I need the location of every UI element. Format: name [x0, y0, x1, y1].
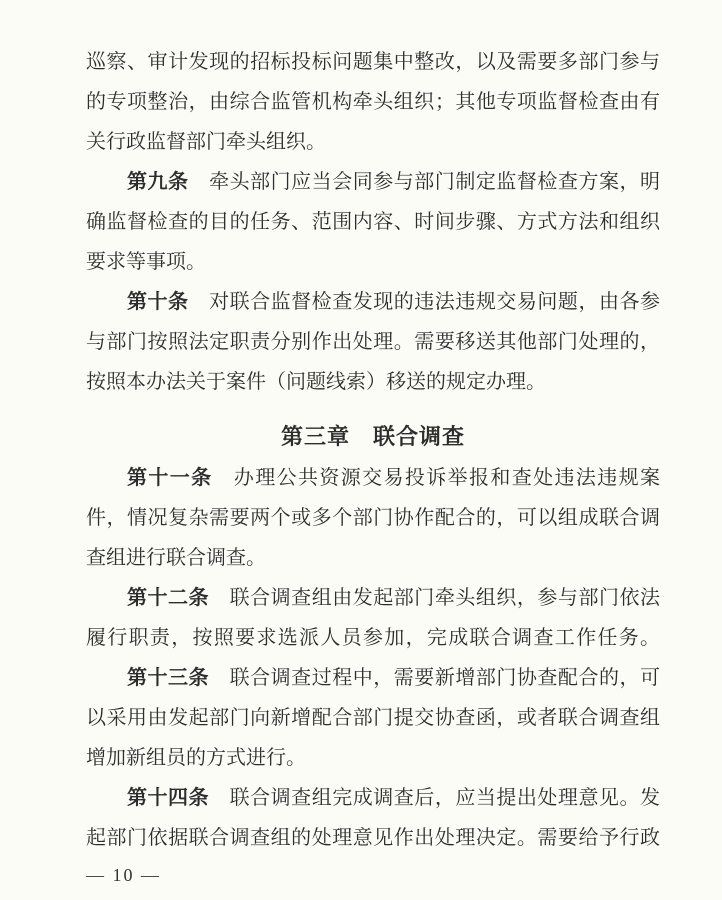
- text-line: 第十一条 办理公共资源交易投诉举报和查处违法违规案: [86, 458, 660, 498]
- article-number: 第十一条: [127, 467, 213, 489]
- document-body: 巡察、审计发现的招标投标问题集中整改，以及需要多部门参与的专项整治，由综合监管机…: [86, 42, 660, 858]
- line-text: 查组进行联合调查。: [86, 547, 266, 569]
- article-number: 第十三条: [127, 667, 209, 689]
- line-text: 增加新组员的方式进行。: [86, 747, 306, 769]
- line-text: 联合调查组完成调查后，应当提出处理意见。发: [209, 787, 660, 809]
- line-text: 巡察、审计发现的招标投标问题集中整改，以及需要多部门参与: [86, 51, 660, 73]
- text-line: 第九条 牵头部门应当会同参与部门制定监督检查方案，明: [86, 162, 660, 202]
- text-line: 第十四条 联合调查组完成调查后，应当提出处理意见。发: [86, 778, 660, 818]
- text-line: 巡察、审计发现的招标投标问题集中整改，以及需要多部门参与: [86, 42, 660, 82]
- text-line: 与部门按照法定职责分别作出处理。需要移送其他部门处理的，: [86, 322, 660, 362]
- text-line: 按照本办法关于案件（问题线索）移送的规定办理。: [86, 362, 660, 402]
- text-line: 要求等事项。: [86, 242, 660, 282]
- text-line: 起部门依据联合调查组的处理意见作出处理决定。需要给予行政: [86, 818, 660, 858]
- text-line: 查组进行联合调查。: [86, 538, 660, 578]
- page-footer: — 10 —: [86, 865, 161, 886]
- chapter-heading-text: 第三章 联合调查: [281, 424, 465, 449]
- line-text: 的专项整治，由综合监管机构牵头组织；其他专项监督检查由有: [86, 91, 660, 113]
- line-text: 牵头部门应当会同参与部门制定监督检查方案，明: [189, 171, 660, 193]
- text-line: 第十条 对联合监督检查发现的违法违规交易问题，由各参: [86, 282, 660, 322]
- line-text: 与部门按照法定职责分别作出处理。需要移送其他部门处理的，: [86, 331, 660, 353]
- line-text: 件，情况复杂需要两个或多个部门协作配合的，可以组成联合调: [86, 507, 660, 529]
- text-line: 件，情况复杂需要两个或多个部门协作配合的，可以组成联合调: [86, 498, 660, 538]
- document-page: 巡察、审计发现的招标投标问题集中整改，以及需要多部门参与的专项整治，由综合监管机…: [0, 0, 722, 900]
- text-line: 履行职责，按照要求选派人员参加，完成联合调查工作任务。: [86, 618, 660, 658]
- article-number: 第十四条: [127, 787, 209, 809]
- article-number: 第九条: [127, 171, 189, 193]
- line-text: 起部门依据联合调查组的处理意见作出处理决定。需要给予行政: [86, 827, 660, 849]
- text-line: 关行政监督部门牵头组织。: [86, 122, 660, 162]
- article-number: 第十条: [127, 291, 189, 313]
- text-line: 第十三条 联合调查过程中，需要新增部门协查配合的，可: [86, 658, 660, 698]
- line-text: 以采用由发起部门向新增配合部门提交协查函，或者联合调查组: [86, 707, 660, 729]
- text-line: 以采用由发起部门向新增配合部门提交协查函，或者联合调查组: [86, 698, 660, 738]
- text-line: 第十二条 联合调查组由发起部门牵头组织，参与部门依法: [86, 578, 660, 618]
- text-line: 确监督检查的目的任务、范围内容、时间步骤、方式方法和组织: [86, 202, 660, 242]
- line-text: 要求等事项。: [86, 251, 206, 273]
- line-text: 办理公共资源交易投诉举报和查处违法违规案: [213, 467, 661, 489]
- article-number: 第十二条: [127, 587, 209, 609]
- page-number: — 10 —: [86, 865, 161, 885]
- line-text: 履行职责，按照要求选派人员参加，完成联合调查工作任务。: [86, 627, 660, 649]
- line-text: 联合调查组由发起部门牵头组织，参与部门依法: [209, 587, 660, 609]
- line-text: 联合调查过程中，需要新增部门协查配合的，可: [209, 667, 660, 689]
- line-text: 对联合监督检查发现的违法违规交易问题，由各参: [189, 291, 660, 313]
- line-text: 确监督检查的目的任务、范围内容、时间步骤、方式方法和组织: [86, 211, 660, 233]
- line-text: 关行政监督部门牵头组织。: [86, 131, 326, 153]
- text-line: 增加新组员的方式进行。: [86, 738, 660, 778]
- text-line: 的专项整治，由综合监管机构牵头组织；其他专项监督检查由有: [86, 82, 660, 122]
- chapter-heading: 第三章 联合调查: [86, 416, 660, 458]
- line-text: 按照本办法关于案件（问题线索）移送的规定办理。: [86, 371, 546, 393]
